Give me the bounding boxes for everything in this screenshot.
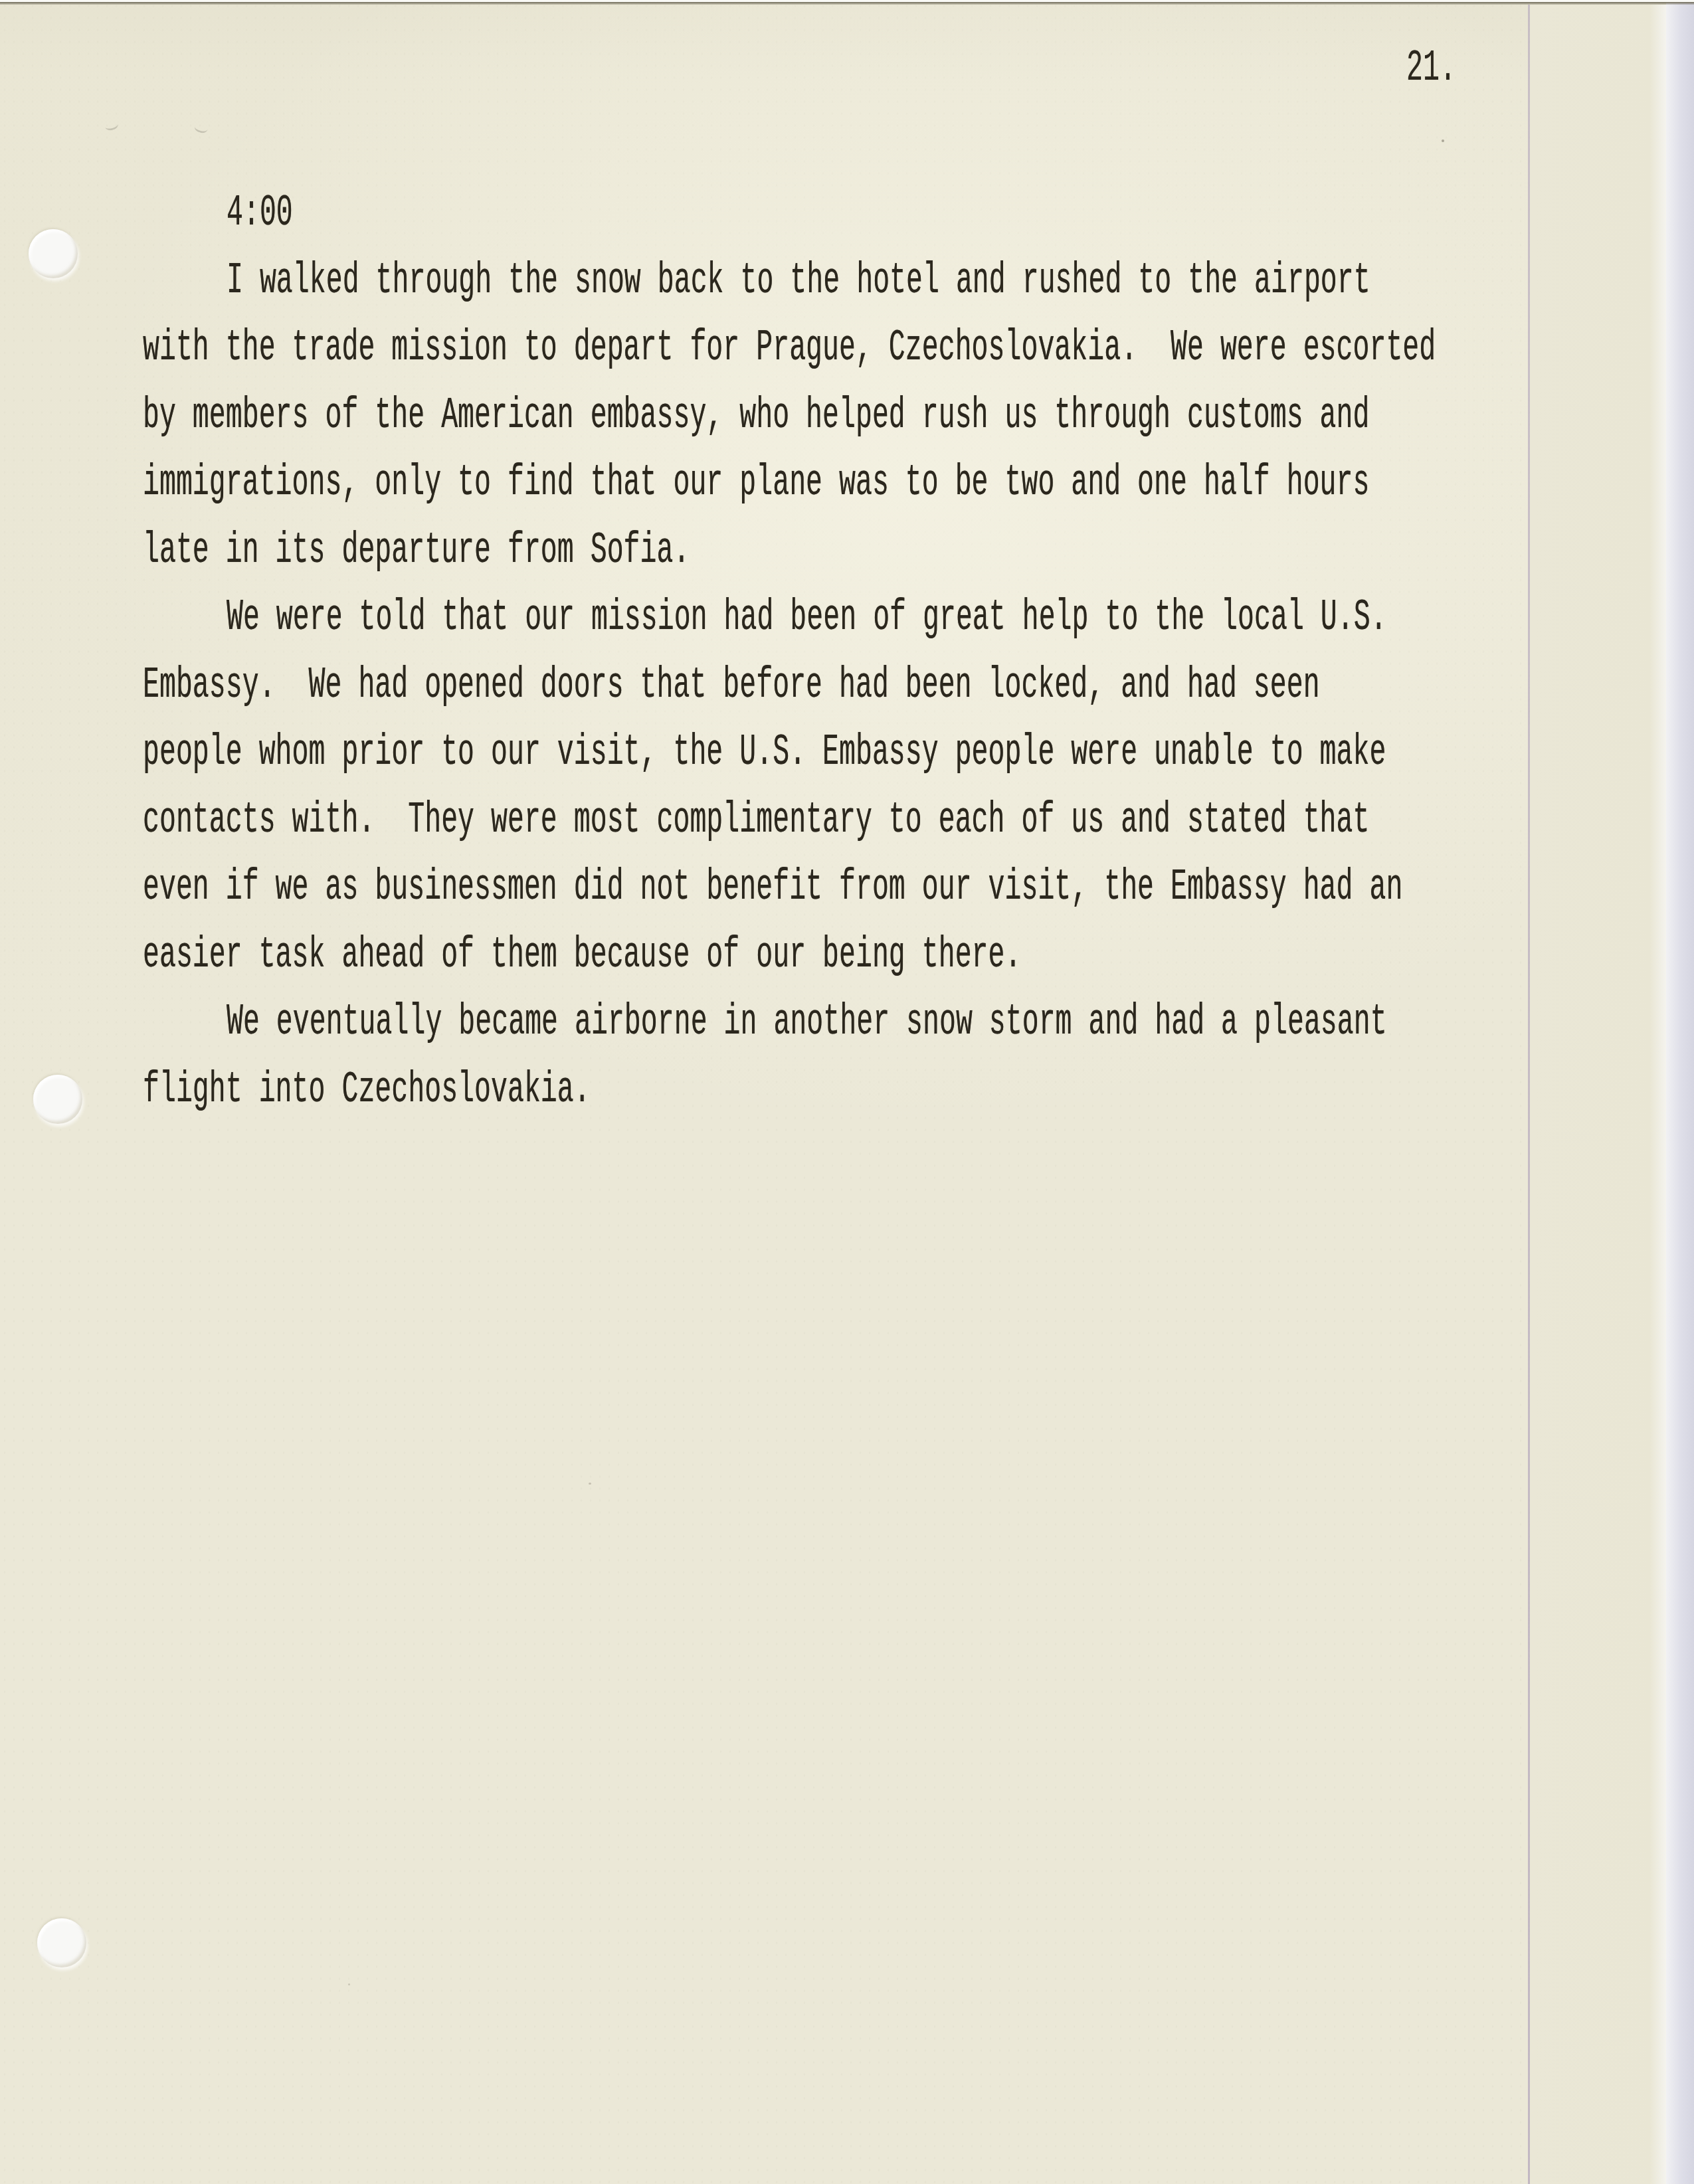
underlying-sheet-edge [1530,5,1666,2184]
typewritten-line: contacts with. They were most compliment… [143,786,1436,854]
typewritten-line: 4:00 [143,179,1436,247]
paper-dent-mark [104,120,120,132]
page-number: 21. [1406,35,1456,102]
typewritten-line: even if we as businessmen did not benefi… [143,854,1436,921]
punch-hole-middle [33,1075,82,1124]
paper-speck [1442,139,1444,142]
typewritten-line: immigrations, only to find that our plan… [143,449,1436,517]
typewritten-line: I walked through the snow back to the ho… [143,247,1436,315]
typewritten-line: We eventually became airborne in another… [143,988,1436,1056]
typewritten-line: late in its departure from Sofia. [143,517,1436,585]
scanner-background-strip [1666,0,1694,2184]
typewritten-line: flight into Czechoslovakia. [143,1056,1436,1124]
scanned-document: 21. 4:00I walked through the snow back t… [0,0,1694,2184]
punch-hole-top [29,229,78,278]
typewritten-line: by members of the American embassy, who … [143,382,1436,450]
typewritten-line: people whom prior to our visit, the U.S.… [143,719,1436,786]
paper-dent-mark [194,122,209,134]
typewritten-line: We were told that our mission had been o… [143,584,1436,652]
paper-speck [348,1983,350,1985]
typewritten-line: easier task ahead of them because of our… [143,921,1436,989]
paper-speck [589,1483,591,1485]
page-top-edge-line [0,2,1694,5]
punch-hole-bottom [37,1918,86,1967]
document-page: 21. 4:00I walked through the snow back t… [0,0,1666,2184]
typewritten-text-block: 4:00I walked through the snow back to th… [143,179,1694,1123]
typewritten-line: Embassy. We had opened doors that before… [143,652,1436,719]
typewritten-line: with the trade mission to depart for Pra… [143,314,1436,382]
